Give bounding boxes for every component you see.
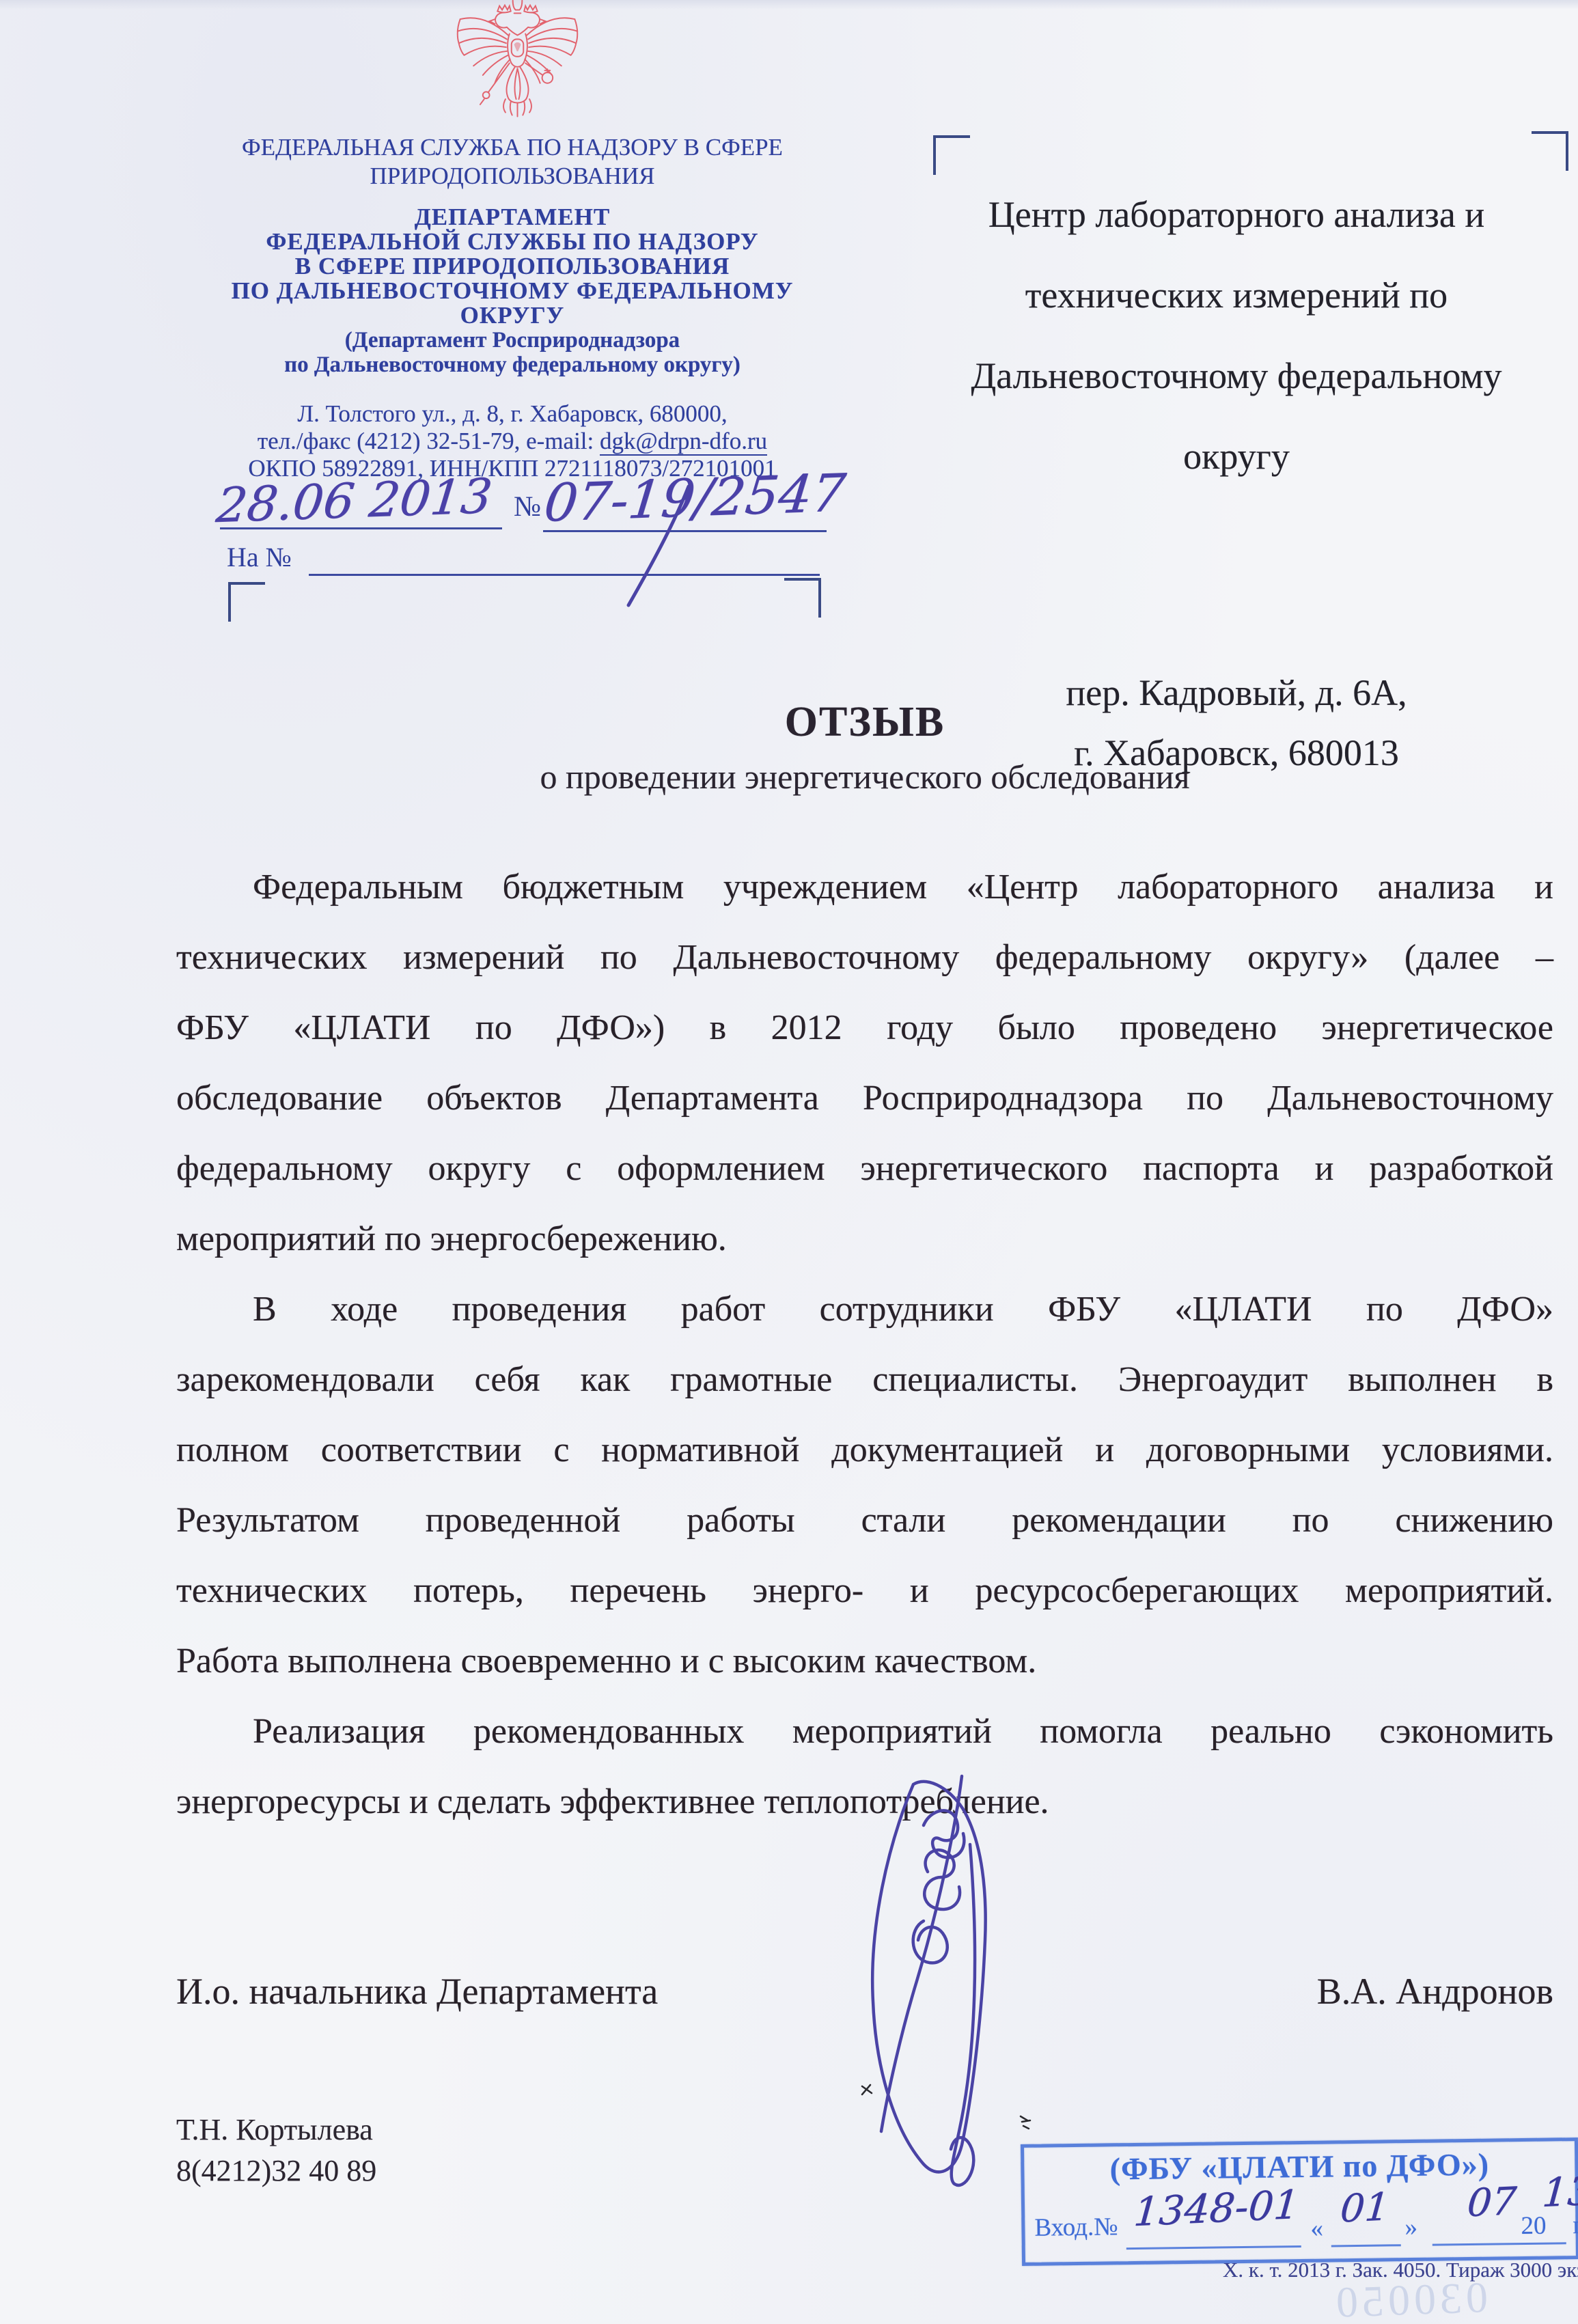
coat-of-arms-icon xyxy=(451,0,584,124)
bleed-through-artifact: 030050 xyxy=(1331,2272,1489,2324)
executor-name: Т.Н. Кортылева xyxy=(176,2112,373,2147)
letterhead-department-alias: (Департамент Росприроднадзора xyxy=(184,328,840,353)
letterhead-address: тел./факс (4212) 32-51-79, e-mail: dgk@d… xyxy=(184,428,840,455)
stamp-form-line xyxy=(1432,2242,1566,2245)
form-line-date xyxy=(220,527,502,529)
recipient-name-line: технических измерений по xyxy=(926,274,1547,316)
scan-edge-shadow xyxy=(0,0,1578,10)
signature-row: И.о. начальника Департамента В.А. Андрон… xyxy=(176,1970,1553,2012)
ink-mark xyxy=(862,2085,872,2094)
body-line: Работа выполнена своевременно и с высоки… xyxy=(176,1626,1553,1696)
letterhead-department: ПО ДАЛЬНЕВОСТОЧНОМУ ФЕДЕРАЛЬНОМУ xyxy=(184,277,840,305)
stamp-quote-close: » xyxy=(1404,2213,1417,2242)
stamp-form-line xyxy=(1331,2244,1401,2247)
body-line: технических потерь, перечень энерго- и р… xyxy=(176,1555,1553,1626)
body-line: Результатом проведенной работы стали рек… xyxy=(176,1485,1553,1555)
letterhead-department: В СФЕРЕ ПРИРОДОПОЛЬЗОВАНИЯ xyxy=(184,253,840,280)
stamp-year: 13 xyxy=(1540,2167,1578,2216)
incoming-stamp: (ФБУ «ЦЛАТИ по ДФО») Вход.№ 1348-01 « 01… xyxy=(1021,2138,1578,2266)
body-line: технических измерений по Дальневосточном… xyxy=(176,922,1553,993)
corner-mark xyxy=(228,582,265,622)
form-line-reply xyxy=(309,574,820,576)
stamp-form-line xyxy=(1126,2245,1301,2250)
corner-mark xyxy=(1532,131,1568,171)
letterhead-contact: тел./факс (4212) 32-51-79, e-mail: xyxy=(258,428,600,454)
handwritten-outgoing-number: 07-19/2547 xyxy=(541,462,848,533)
stamp-day: 01 xyxy=(1339,2185,1391,2231)
body-line: мероприятий по энергосбережению. xyxy=(176,1204,1553,1274)
body-line: федеральному округу с оформлением энерге… xyxy=(176,1133,1553,1204)
body-line: энергоресурсы и сделать эффективнее тепл… xyxy=(176,1767,1553,1837)
handwritten-date: 28.06 2013 xyxy=(214,468,495,534)
letterhead-email: dgk@drpn-dfo.ru xyxy=(600,428,767,456)
number-label: № xyxy=(514,490,541,523)
letterhead-service-name: ФЕДЕРАЛЬНАЯ СЛУЖБА ПО НАДЗОРУ В СФЕРЕ xyxy=(184,134,840,161)
body-line: зарекомендовали себя как грамотные специ… xyxy=(176,1344,1553,1415)
recipient-name-line: округу xyxy=(926,435,1547,478)
form-line-number xyxy=(543,530,827,532)
recipient-name-line: Центр лабораторного анализа и xyxy=(926,193,1547,236)
corner-mark xyxy=(784,578,821,618)
body-line: В ходе проведения работ сотрудники ФБУ «… xyxy=(176,1274,1553,1344)
stamp-year-suffix: г xyxy=(1573,2211,1578,2240)
letterhead-department: ФЕДЕРАЛЬНОЙ СЛУЖБЫ ПО НАДЗОРУ xyxy=(184,228,840,255)
letterhead-department: ДЕПАРТАМЕНТ xyxy=(184,204,840,231)
body-line: Реализация рекомендованных мероприятий п… xyxy=(176,1696,1553,1767)
letterhead-department-alias: по Дальневосточному федеральному округу) xyxy=(184,352,840,378)
executor-phone: 8(4212)32 40 89 xyxy=(176,2153,376,2188)
body-line: Федеральным бюджетным учреждением «Центр… xyxy=(176,852,1553,922)
doc-subtitle: о проведении энергетического обследовани… xyxy=(176,757,1553,797)
body-line: полном соответствии с нормативной докуме… xyxy=(176,1415,1553,1485)
letterhead-address: Л. Толстого ул., д. 8, г. Хабаровск, 680… xyxy=(184,400,840,428)
stamp-month: 07 xyxy=(1465,2179,1517,2226)
letterhead-department: ОКРУГУ xyxy=(184,302,840,329)
stamp-incoming-number: 1348-01 xyxy=(1132,2181,1301,2235)
reply-to-label: На № xyxy=(227,541,292,573)
letterhead-service-name: ПРИРОДОПОЛЬЗОВАНИЯ xyxy=(184,163,840,190)
body-line: обследование объектов Департамента Роспр… xyxy=(176,1063,1553,1133)
body-line: ФБУ «ЦЛАТИ по ДФО») в 2012 году было про… xyxy=(176,993,1553,1063)
scanned-letter-page: ФЕДЕРАЛЬНАЯ СЛУЖБА ПО НАДЗОРУ В СФЕРЕ ПР… xyxy=(0,0,1578,2324)
body-text: Федеральным бюджетным учреждением «Центр… xyxy=(176,852,1553,1837)
doc-title: ОТЗЫВ xyxy=(176,698,1553,747)
signer-position: И.о. начальника Департамента xyxy=(176,1970,658,2012)
stamp-incoming-label: Вход.№ xyxy=(1034,2212,1118,2242)
recipient-name-line: Дальневосточному федеральному xyxy=(926,355,1547,397)
ink-mark xyxy=(1021,2116,1030,2129)
stamp-quote-open: « xyxy=(1310,2214,1323,2243)
signer-name: В.А. Андронов xyxy=(1317,1970,1553,2012)
corner-mark xyxy=(933,135,970,175)
